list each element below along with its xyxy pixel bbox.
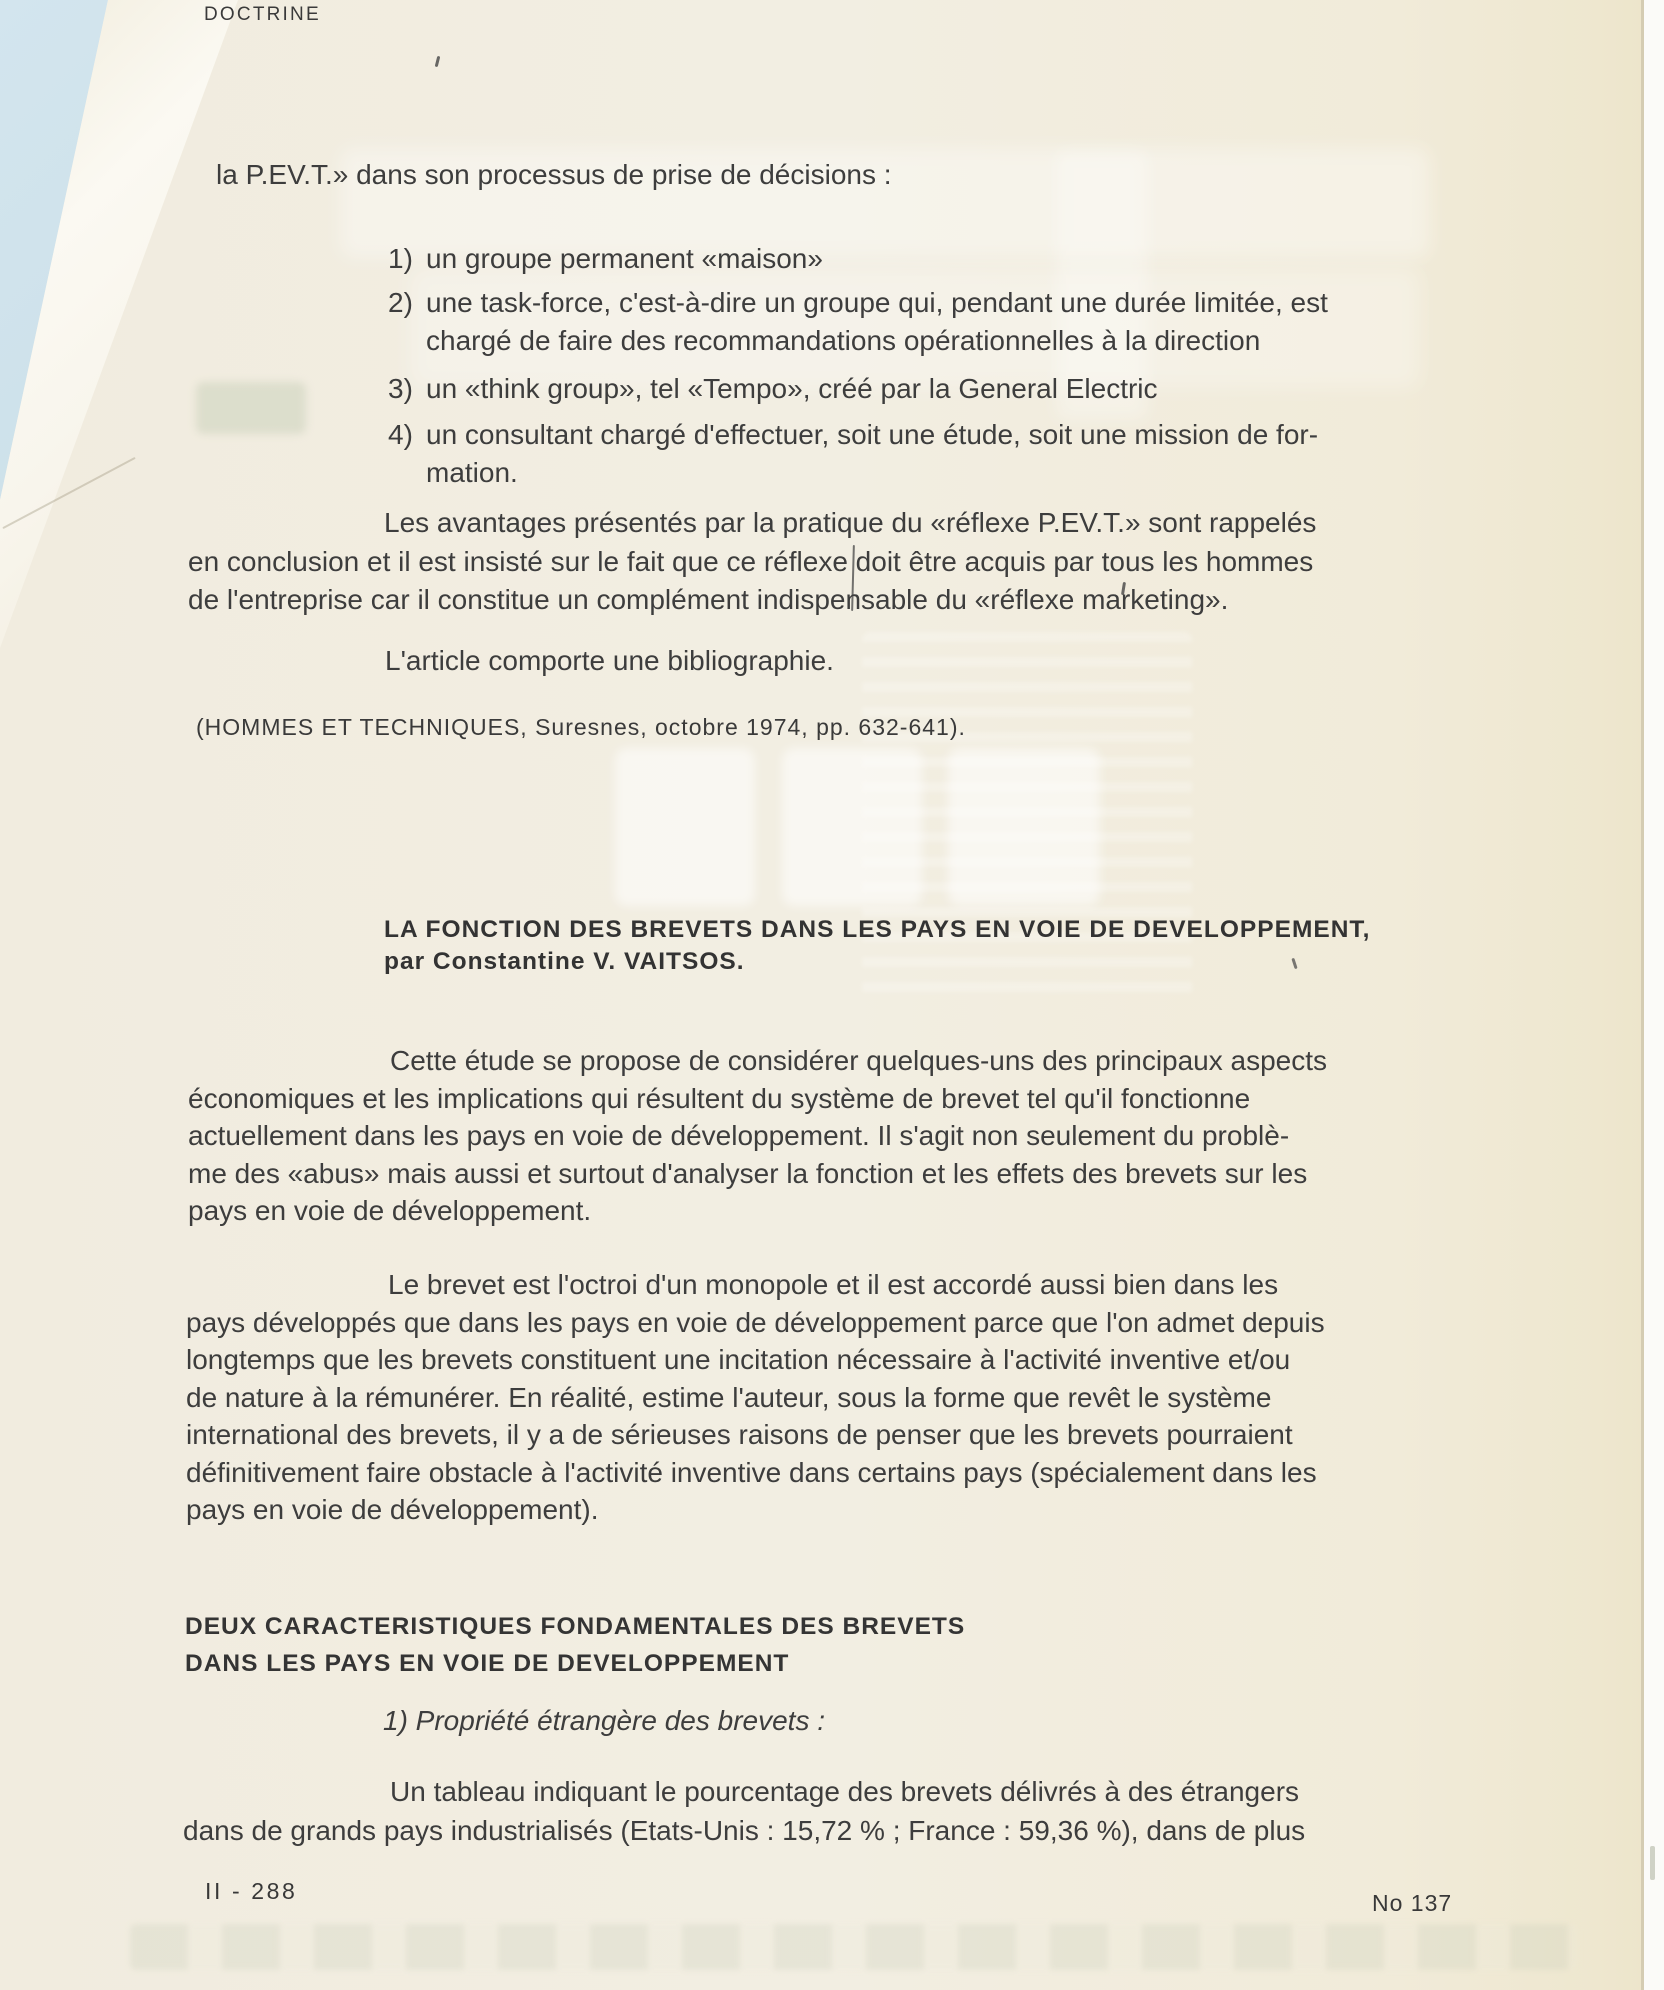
paragraph-brevet: Le brevet est l'octroi d'un monopole et … xyxy=(186,1266,1325,1529)
showthrough-bottom-line xyxy=(130,1924,1578,1970)
edge-smudge xyxy=(1650,1846,1655,1880)
footer-issue-number: No 137 xyxy=(1372,1890,1452,1917)
source-citation: (HOMMES ET TECHNIQUES, Suresnes, octobre… xyxy=(196,712,966,742)
scanner-bed-right-strip xyxy=(1644,0,1664,1990)
list-item-number: 1) xyxy=(388,240,426,278)
showthrough-logo-letter xyxy=(615,748,755,906)
list-item-3: 3) un «think group», tel «Tempo», créé p… xyxy=(388,370,1158,408)
article-title: LA FONCTION DES BREVETS DANS LES PAYS EN… xyxy=(384,914,1370,978)
section-heading: DEUX CARACTERISTIQUES FONDAMENTALES DES … xyxy=(185,1608,965,1682)
page-header-doctrine: DOCTRINE xyxy=(204,4,321,26)
paragraph-tableau: Un tableau indiquant le pourcentage des … xyxy=(183,1772,1305,1850)
subheading-italic: 1) Propriété étrangère des brevets : xyxy=(383,1702,825,1740)
paragraph-avantages: Les avantages présentés par la pratique … xyxy=(188,504,1316,620)
ink-mark xyxy=(435,56,441,67)
list-item-text: une task-force, c'est-à-dire un groupe q… xyxy=(426,284,1328,360)
paragraph-etude: Cette étude se propose de considérer que… xyxy=(188,1042,1327,1230)
showthrough-logo-letter xyxy=(948,748,1100,906)
list-item-text: un groupe permanent «maison» xyxy=(426,240,823,278)
intro-continuation-line: la P.EV.T.» dans son processus de prise … xyxy=(216,156,892,194)
list-item-number: 2) xyxy=(388,284,426,360)
showthrough-logo-letter xyxy=(782,748,922,906)
footer-page-ref: II - 288 xyxy=(205,1878,297,1905)
bibliography-note: L'article comporte une bibliographie. xyxy=(385,642,834,680)
scanned-document-page: DOCTRINE la P.EV.T.» dans son processus … xyxy=(0,0,1664,1990)
list-item-2: 2) une task-force, c'est-à-dire un group… xyxy=(388,284,1328,360)
list-item-number: 4) xyxy=(388,416,426,492)
list-item-text: un consultant chargé d'effectuer, soit u… xyxy=(426,416,1318,492)
list-item-1: 1) un groupe permanent «maison» xyxy=(388,240,823,278)
list-item-text: un «think group», tel «Tempo», créé par … xyxy=(426,370,1158,408)
showthrough-smudge xyxy=(196,382,306,434)
list-item-4: 4) un consultant chargé d'effectuer, soi… xyxy=(388,416,1318,492)
list-item-number: 3) xyxy=(388,370,426,408)
